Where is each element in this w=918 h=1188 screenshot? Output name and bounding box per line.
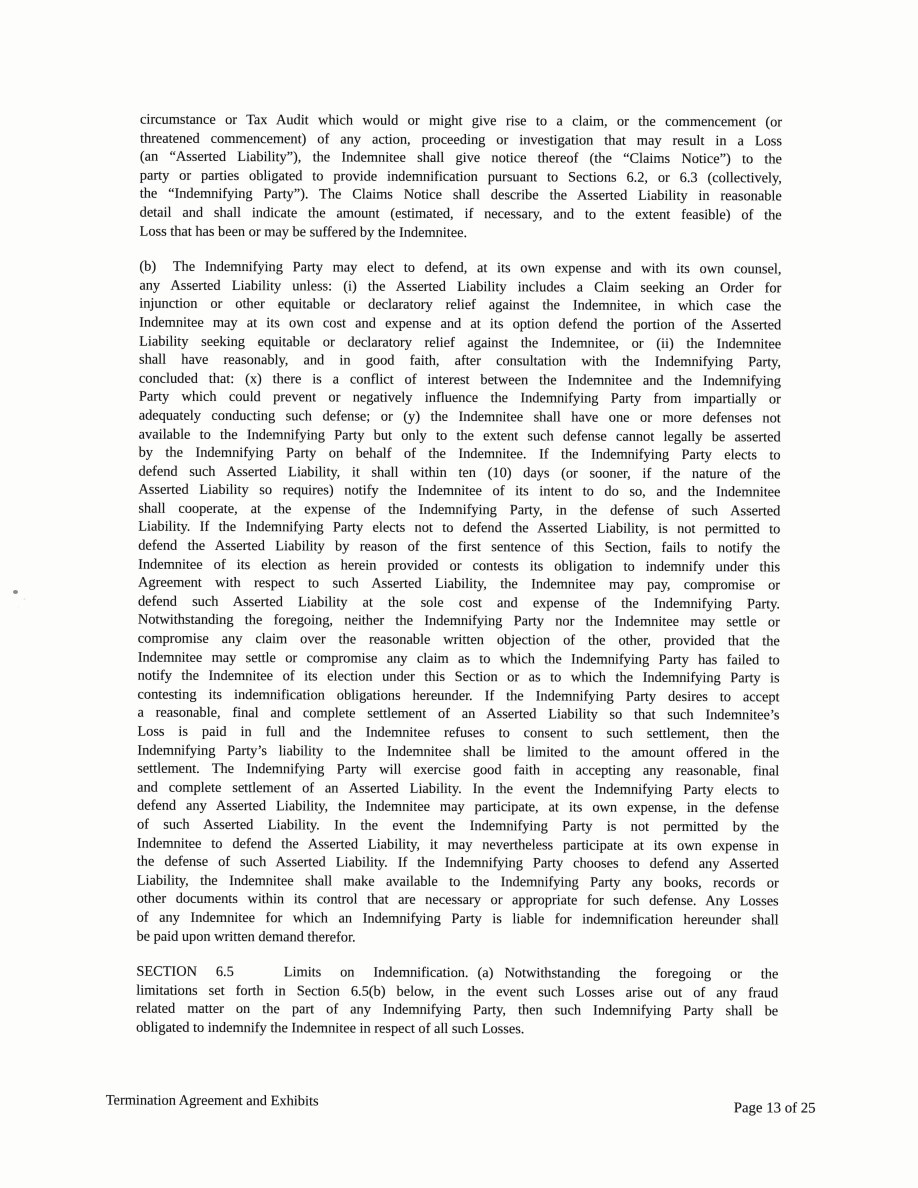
indemnification-defense-paragraph-b-line: compromise any claim over the reasonable… [138,630,780,651]
scan-content: circumstance or Tax Audit which would or… [0,0,918,1188]
claims-notice-continuation-paragraph-line: Loss that has been or may be suffered by… [140,222,782,243]
section-continuation-lines: limitations set forth in Section 6.5(b) … [136,981,778,1040]
spacer [469,976,478,977]
body-paragraphs: circumstance or Tax Audit which would or… [136,111,782,949]
indemnification-defense-paragraph-b-line: of such Asserted Liability. In the event… [137,816,779,837]
footer-document-title: Termination Agreement and Exhibits [106,1092,319,1110]
indemnification-defense-paragraph-b-line: the defense of such Asserted Liability. … [137,853,779,874]
section-number: SECTION 6.5 [136,964,234,980]
document-body: circumstance or Tax Audit which would or… [136,111,782,1040]
indemnification-defense-paragraph-b-line: adequately conducting such defense; or (… [139,407,781,428]
section-first-line-text: Notwithstanding the foregoing or the [504,965,778,982]
indemnification-defense-paragraph-b-line: settlement. The Indemnifying Party will … [137,760,779,781]
claims-notice-continuation-paragraph-line: circumstance or Tax Audit which would or… [140,111,782,132]
footer-page-number: Page 13 of 25 [734,1100,816,1117]
section-6-5-paragraph: SECTION 6.5Limits on Indemnification.(a)… [136,963,778,1040]
indemnification-defense-paragraph-b-line: shall have reasonably, and in good faith… [139,351,781,372]
indemnification-defense-paragraph-b-line: (b) The Indemnifying Party may elect to … [139,258,781,279]
claims-notice-continuation-paragraph-line: (an “Asserted Liability”), the Indemnite… [140,148,782,169]
claims-notice-continuation-paragraph-line: detail and shall indicate the amount (es… [140,204,782,225]
indemnification-defense-paragraph-b-line: notify the Indemnitee of its election un… [138,667,780,688]
scanned-document-page: circumstance or Tax Audit which would or… [0,0,918,1188]
indemnification-defense-paragraph-b-line: Indemnitee may at its own cost and expen… [139,314,781,335]
subsection-marker: (a) [477,965,493,981]
tab-space [234,975,284,976]
indemnification-defense-paragraph-b-line: defend the Asserted Liability by reason … [138,537,780,558]
section-heading-line: SECTION 6.5Limits on Indemnification.(a)… [136,963,778,984]
indemnification-defense-paragraph-b-line: by the Indemnifying Party on behalf of t… [139,444,781,465]
section-6-5-line: obligated to indemnify the Indemnitee in… [136,1019,778,1040]
indemnification-defense-paragraph-b-line: be paid upon written demand therefor. [136,927,778,948]
section-title: Limits on Indemnification. [284,964,469,981]
indemnification-defense-paragraph-b-line: of any Indemnitee for which an Indemnify… [137,909,779,930]
claims-notice-continuation-paragraph: circumstance or Tax Audit which would or… [140,111,783,244]
spacer [493,976,504,977]
indemnification-defense-paragraph-b: (b) The Indemnifying Party may elect to … [136,258,781,949]
indemnification-defense-paragraph-b-line: Loss is paid in full and the Indemnitee … [137,723,779,744]
